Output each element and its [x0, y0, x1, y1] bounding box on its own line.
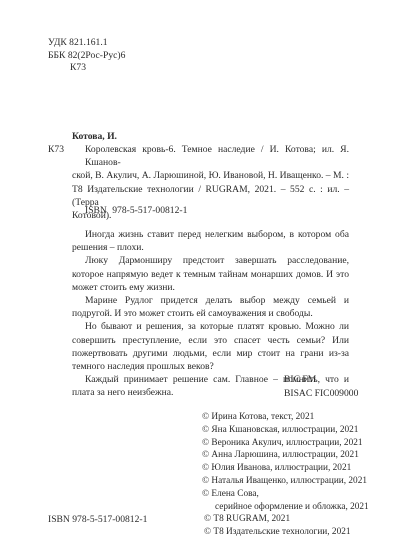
bbk-code: ББК 82(2Рос-Рус)6	[48, 50, 125, 63]
isbn-record: ISBN 978-5-517-00812-1	[85, 204, 187, 217]
annotation-paragraph: Но бывают и решения, за которые платят к…	[72, 320, 349, 373]
biblio-line: Королевская кровь-6. Темное наследие / И…	[72, 143, 349, 169]
copyright-line: серийное оформление и обложка, 2021	[202, 501, 369, 514]
copyright-line: © Т8 Издательские технологии, 2021	[202, 526, 369, 539]
copyright-line: © Ирина Котова, текст, 2021	[202, 411, 369, 424]
copyright-line: © Елена Сова,	[202, 488, 369, 501]
annotation-paragraph: Марине Рудлог придется делать выбор межд…	[72, 294, 349, 320]
copyright-line: © Анна Ларюшина, иллюстрации, 2021	[202, 449, 369, 462]
bic-code: BIC FM	[284, 373, 358, 387]
bisac-code: BISAC FIC009000	[284, 387, 358, 401]
copyright-line: © Наталья Иващенко, иллюстрации, 2021	[202, 475, 369, 488]
copyright-block: © Ирина Котова, текст, 2021 © Яна Кшанов…	[202, 411, 369, 539]
subject-codes: BIC FM BISAC FIC009000	[284, 373, 358, 400]
author-heading: Котова, И.	[72, 130, 117, 143]
footer-isbn: ISBN 978-5-517-00812-1	[48, 513, 147, 526]
author-mark: К73	[48, 62, 125, 75]
copyright-line: © Вероника Акулич, иллюстрации, 2021	[202, 437, 369, 450]
side-author-mark: К73	[48, 143, 64, 156]
classification-block: УДК 821.161.1 ББК 82(2Рос-Рус)6 К73	[48, 37, 125, 75]
annotation-paragraph: Иногда жизнь ставит перед нелегким выбор…	[72, 228, 349, 254]
biblio-line: ской, В. Акулич, А. Ларюшиной, Ю. Иванов…	[72, 169, 349, 182]
copyright-line: © Юлия Иванова, иллюстрации, 2021	[202, 462, 369, 475]
copyright-line: © Яна Кшановская, иллюстрации, 2021	[202, 424, 369, 437]
annotation-paragraph: Люку Дармонширу предстоит завершать расс…	[72, 254, 349, 294]
copyright-line: © Т8 RUGRAM, 2021	[202, 513, 369, 526]
udk-code: УДК 821.161.1	[48, 37, 125, 50]
